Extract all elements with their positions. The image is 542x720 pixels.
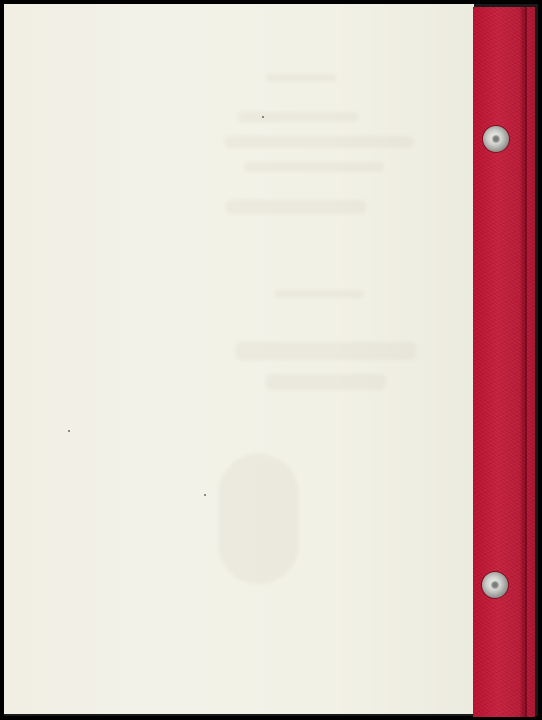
show-through-heading — [236, 342, 416, 360]
speck — [68, 430, 70, 432]
bottom-rivet — [482, 572, 508, 598]
show-through-line — [238, 112, 358, 122]
top-rivet — [483, 126, 509, 152]
show-through-line — [274, 290, 364, 298]
speck — [262, 116, 264, 118]
show-through-line — [244, 162, 384, 172]
spine-fold — [525, 7, 527, 717]
show-through-line — [266, 74, 336, 82]
red-binding-spine — [473, 7, 535, 717]
show-through-heading — [266, 374, 386, 390]
speck — [204, 494, 206, 496]
show-through-emblem — [219, 454, 299, 584]
show-through-line — [224, 136, 414, 148]
show-through-line — [226, 200, 366, 214]
blank-page — [4, 4, 474, 714]
